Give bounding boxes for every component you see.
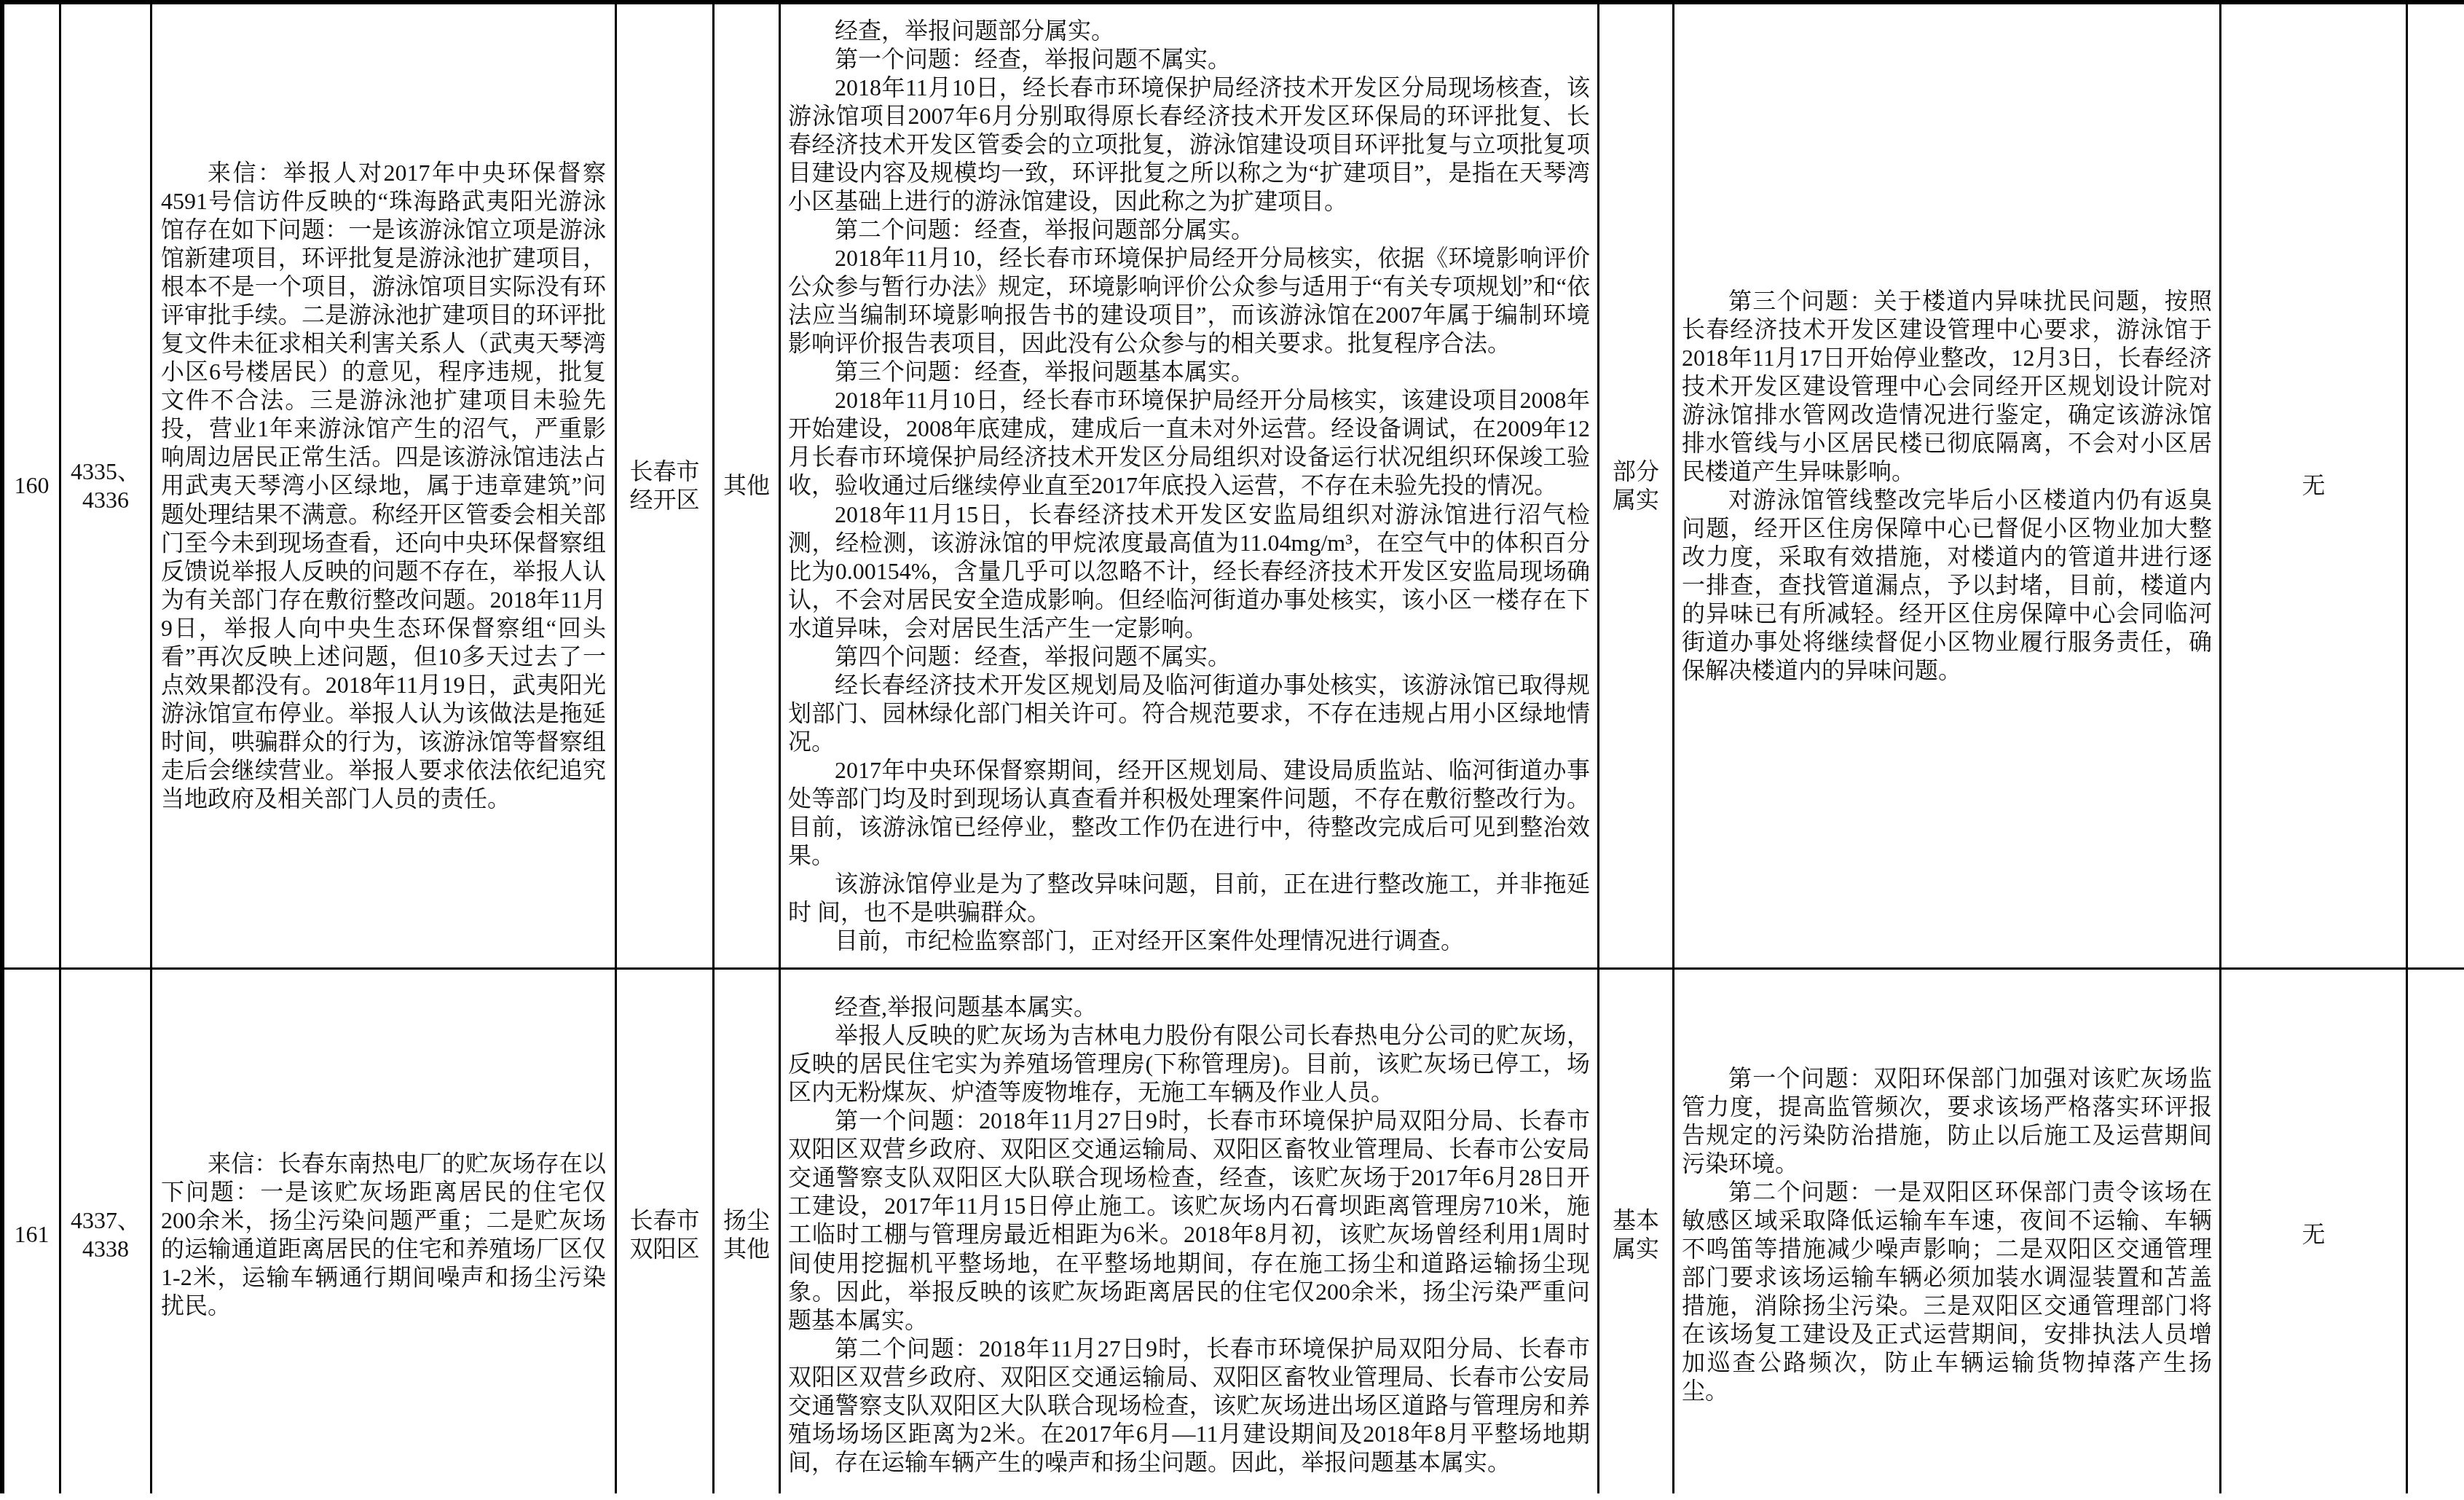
empty-cell [2408,970,2464,1500]
verdict: 基本 属实 [1613,1206,1659,1263]
accountability: 无 [2302,1220,2325,1249]
investigation-paragraph: 经查，举报问题部分属实。 [788,17,1590,45]
investigation-paragraph: 目前，市纪检监察部门，正对经开区案件处理情况进行调查。 [788,927,1590,955]
investigation-paragraph: 举报人反映的贮灰场为吉林电力股份有限公司长春热电分公司的贮灰场，反映的居民住宅实… [788,1021,1590,1107]
case-numbers: 4335、 4336 [71,458,141,514]
complaint-letter-cell: 来信：长春东南热电厂的贮灰场存在以下问题：一是该贮灰场距离居民的住宅仅200余米… [152,970,615,1500]
row-index: 161 [15,1220,50,1249]
investigation-paragraph: 第三个问题：经查，举报问题基本属实。 [788,358,1590,386]
investigation-cell: 经查，举报问题部分属实。 第一个问题：经查，举报问题不属实。 2018年11月1… [781,4,1597,967]
investigation-paragraph: 第一个问题：经查，举报问题不属实。 [788,45,1590,74]
measures-paragraph: 第三个问题：关于楼道内异味扰民问题，按照长春经济技术开发区建设管理中心要求，游泳… [1682,287,2212,486]
measures-cell: 第一个问题：双阳环保部门加强对该贮灰场监管力度，提高监管频次，要求该场严格落实环… [1674,970,2219,1500]
measures-paragraph: 对游泳馆管线整改完毕后小区楼道内仍有返臭问题，经开区住房保障中心已督促小区物业加… [1682,486,2212,685]
row-index: 160 [15,471,50,500]
measures-paragraph: 第二个问题：一是双阳区环保部门责令该场在敏感区域采取降低运输车车速，夜间不运输、… [1682,1178,2212,1405]
accountability: 无 [2302,471,2325,500]
complaint-letter-text: 来信：长春东南热电厂的贮灰场存在以下问题：一是该贮灰场距离居民的住宅仅200余米… [161,1150,606,1320]
verdict: 部分 属实 [1613,458,1659,514]
complaint-table: 160 4335、 4336 来信：举报人对2017年中央环保督察4591号信访… [0,0,2464,1493]
investigation-paragraph: 2018年11月10日，经长春市环境保护局经开分局核实，该建设项目2008年开始… [788,386,1590,500]
empty-cell [2408,4,2464,967]
investigation-cell: 经查,举报问题基本属实。 举报人反映的贮灰场为吉林电力股份有限公司长春热电分公司… [781,970,1597,1500]
row-index-cell: 161 [4,970,59,1500]
verdict-cell: 基本 属实 [1599,970,1672,1500]
city-district: 长春市 双阳区 [629,1206,699,1263]
city-district-cell: 长春市 双阳区 [617,970,712,1500]
accountability-cell: 无 [2221,970,2406,1500]
complaint-letter-cell: 来信：举报人对2017年中央环保督察4591号信访件反映的“珠海路武夷阳光游泳馆… [152,4,615,967]
verdict-cell: 部分 属实 [1599,4,1672,967]
measures-cell: 第三个问题：关于楼道内异味扰民问题，按照长春经济技术开发区建设管理中心要求，游泳… [1674,4,2219,967]
category-cell: 扬尘 其他 [715,970,779,1500]
investigation-paragraph: 2018年11月10日，经长春市环境保护局经济技术开发区分局现场核查，该游泳馆项… [788,74,1590,216]
accountability-cell: 无 [2221,4,2406,967]
investigation-paragraph: 2017年中央环保督察期间，经开区规划局、建设局质监站、临河街道办事处等部门均及… [788,756,1590,870]
city-district: 长春市 经开区 [629,458,699,514]
case-numbers: 4337、 4338 [71,1206,141,1263]
category: 扬尘 其他 [723,1206,770,1263]
complaint-handling-table-page: 160 4335、 4336 来信：举报人对2017年中央环保督察4591号信访… [0,0,2464,1493]
measures-paragraph: 第一个问题：双阳环保部门加强对该贮灰场监管力度，提高监管频次，要求该场严格落实环… [1682,1064,2212,1178]
investigation-paragraph: 2018年11月15日，长春经济技术开发区安监局组织对游泳馆进行沼气检测，经检测… [788,500,1590,643]
category: 其他 [723,471,770,500]
investigation-paragraph: 第二个问题：经查，举报问题部分属实。 [788,216,1590,244]
investigation-paragraph: 第一个问题：2018年11月27日9时，长春市环境保护局双阳分局、长春市双阳区双… [788,1107,1590,1334]
investigation-paragraph: 2018年11月10，经长春市环境保护局经开分局核实，依据《环境影响评价公众参与… [788,244,1590,358]
row-index-cell: 160 [4,4,59,967]
investigation-paragraph: 经查,举报问题基本属实。 [788,993,1590,1021]
investigation-paragraph: 第四个问题：经查，举报问题不属实。 [788,643,1590,671]
investigation-paragraph: 该游泳馆停业是为了整改异味问题，目前，正在进行整改施工，并非拖延时 间，也不是哄… [788,870,1590,927]
category-cell: 其他 [715,4,779,967]
investigation-paragraph: 经长春经济技术开发区规划局及临河街道办事处核实，该游泳馆已取得规划部门、园林绿化… [788,671,1590,756]
case-number-cell: 4335、 4336 [61,4,150,967]
city-district-cell: 长春市 经开区 [617,4,712,967]
case-number-cell: 4337、 4338 [61,970,150,1500]
complaint-letter-text: 来信：举报人对2017年中央环保督察4591号信访件反映的“珠海路武夷阳光游泳馆… [161,159,606,813]
investigation-paragraph: 第二个问题：2018年11月27日9时，长春市环境保护局双阳分局、长春市双阳区双… [788,1335,1590,1477]
